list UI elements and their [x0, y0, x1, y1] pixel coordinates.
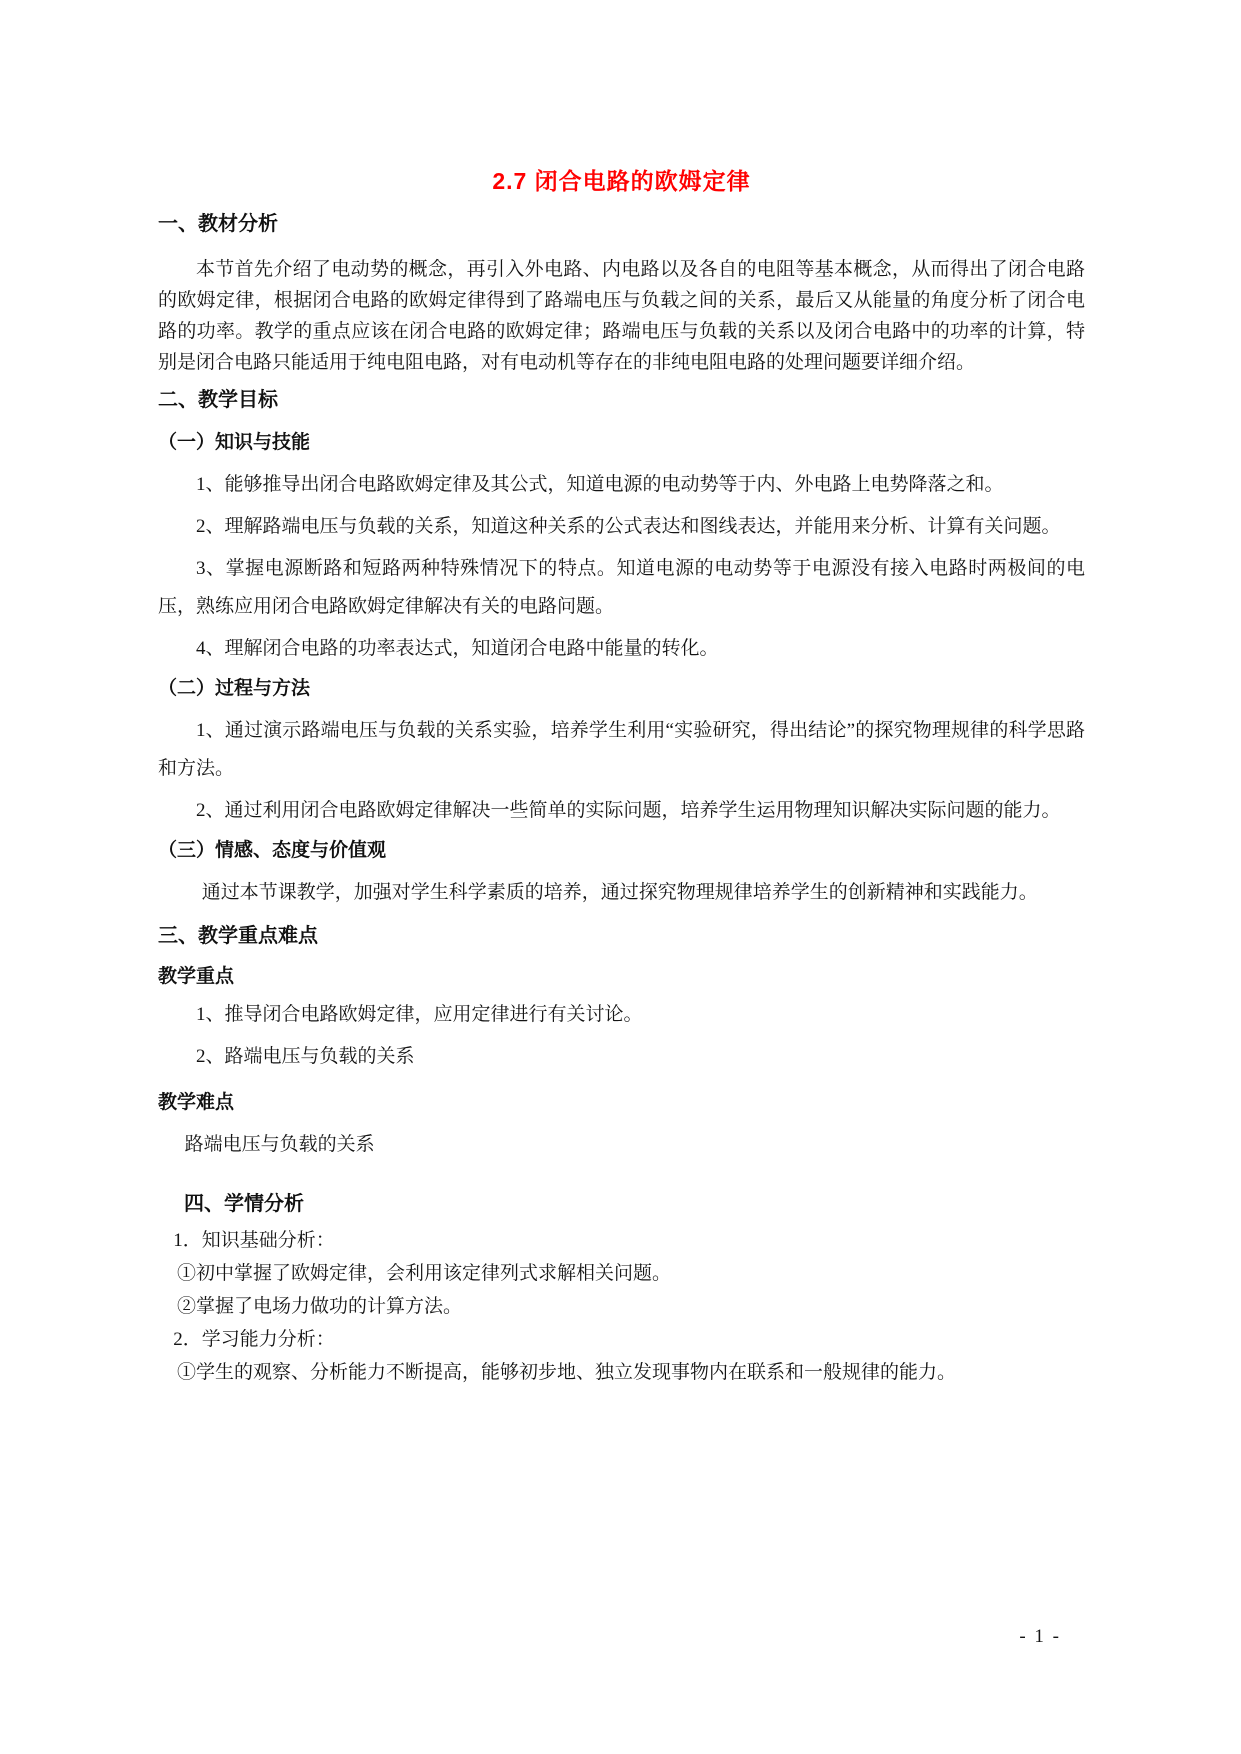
- subheading-emotion-values: （三）情感、态度与价值观: [158, 838, 1085, 864]
- learner-knowledge-base-title: 1．知识基础分析：: [158, 1224, 1085, 1257]
- document-page: 2.7 闭合电路的欧姆定律 一、教材分析 本节首先介绍了电动势的概念，再引入外电…: [0, 0, 1241, 1754]
- learner-knowledge-base-point-1: ①初中掌握了欧姆定律，会利用该定律列式求解相关问题。: [158, 1257, 1085, 1290]
- document-title: 2.7 闭合电路的欧姆定律: [158, 166, 1085, 196]
- process-item-1: 1、通过演示路端电压与负载的关系实验，培养学生利用“实验研究，得出结论”的探究物…: [158, 712, 1085, 788]
- learner-ability-point-1: ①学生的观察、分析能力不断提高，能够初步地、独立发现事物内在联系和一般规律的能力…: [158, 1356, 1085, 1389]
- focus-item-1: 1、推导闭合电路欧姆定律，应用定律进行有关讨论。: [158, 996, 1085, 1034]
- process-item-2: 2、通过利用闭合电路欧姆定律解决一些简单的实际问题，培养学生运用物理知识解决实际…: [158, 792, 1085, 830]
- knowledge-item-2: 2、理解路端电压与负载的关系，知道这种关系的公式表达和图线表达，并能用来分析、计…: [158, 508, 1085, 546]
- heading-learner-analysis: 四、学情分析: [158, 1190, 1085, 1218]
- page-number: - 1 -: [1019, 1622, 1061, 1652]
- learner-knowledge-base-point-2: ②掌握了电场力做功的计算方法。: [158, 1290, 1085, 1323]
- knowledge-item-1: 1、能够推导出闭合电路欧姆定律及其公式，知道电源的电动势等于内、外电路上电势降落…: [158, 466, 1085, 504]
- subheading-knowledge-skills: （一）知识与技能: [158, 430, 1085, 456]
- heading-key-difficult-points: 三、教学重点难点: [158, 922, 1085, 950]
- emotion-paragraph: 通过本节课教学，加强对学生科学素质的培养，通过探究物理规律培养学生的创新精神和实…: [158, 874, 1085, 912]
- focus-item-2: 2、路端电压与负载的关系: [158, 1038, 1085, 1076]
- subheading-teaching-focus: 教学重点: [158, 964, 1085, 990]
- subheading-teaching-difficulty: 教学难点: [158, 1090, 1085, 1116]
- learner-ability-title: 2．学习能力分析：: [158, 1323, 1085, 1356]
- difficulty-paragraph: 路端电压与负载的关系: [158, 1126, 1085, 1164]
- subheading-process-method: （二）过程与方法: [158, 676, 1085, 702]
- heading-teaching-goals: 二、教学目标: [158, 386, 1085, 414]
- knowledge-item-3: 3、掌握电源断路和短路两种特殊情况下的特点。知道电源的电动势等于电源没有接入电路…: [158, 550, 1085, 626]
- material-analysis-paragraph: 本节首先介绍了电动势的概念，再引入外电路、内电路以及各自的电阻等基本概念，从而得…: [158, 254, 1085, 378]
- heading-material-analysis: 一、教材分析: [158, 210, 1085, 238]
- knowledge-item-4: 4、理解闭合电路的功率表达式，知道闭合电路中能量的转化。: [158, 630, 1085, 668]
